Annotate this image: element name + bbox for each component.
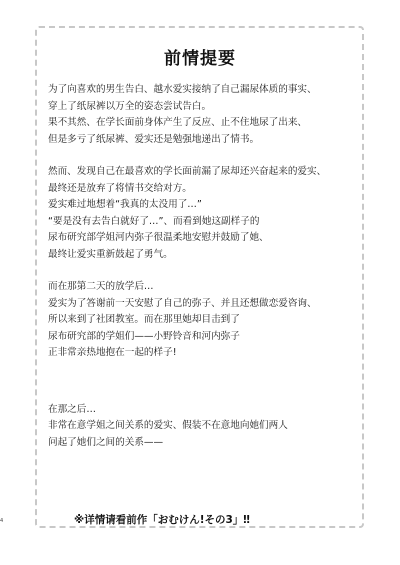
text-line: 正非常亲热地抱在一起的样子!: [48, 345, 368, 362]
paragraph-4: 在那之后… 非常在意学姐之间关系的爱实、假装不在意地向她们两人 问起了她们之间的…: [48, 402, 368, 452]
text-line: 穿上了纸尿裤以万全的姿态尝试告白。: [48, 99, 368, 116]
text-line: 最终让爱实重新鼓起了勇气。: [48, 247, 368, 264]
story-summary: 为了向喜欢的男生告白、越水爱实接纳了自己漏尿体质的事实、 穿上了纸尿裤以万全的姿…: [48, 82, 368, 451]
text-line: 然而、发现自己在最喜欢的学长面前漏了尿却还兴奋起来的爱实、: [48, 164, 368, 181]
text-line: 爱实为了答谢前一天安慰了自己的弥子、并且还想做恋爱咨询、: [48, 296, 368, 313]
text-line: 爱实难过地想着“我真的太没用了…”: [48, 197, 368, 214]
text-line: 非常在意学姐之间关系的爱实、假装不在意地向她们两人: [48, 418, 368, 435]
text-line: 尿布研究部的学姐们——小野铃音和河内弥子: [48, 329, 368, 346]
text-line: “要是没有去告白就好了…”、而看到她这副样子的: [48, 214, 368, 231]
page-number: 4: [0, 518, 3, 524]
text-line: 最终还是放弃了将情书交给对方。: [48, 181, 368, 198]
text-line: 问起了她们之间的关系——: [48, 435, 368, 452]
page-title: 前情提要: [0, 44, 400, 69]
text-line: 在那之后…: [48, 402, 368, 419]
text-line: 而在那第二天的放学后…: [48, 279, 368, 296]
text-line: 为了向喜欢的男生告白、越水爱实接纳了自己漏尿体质的事实、: [48, 82, 368, 99]
text-line: 尿布研究部学姐河内弥子很温柔地安慰并鼓励了她、: [48, 230, 368, 247]
paragraph-1: 为了向喜欢的男生告白、越水爱实接纳了自己漏尿体质的事实、 穿上了纸尿裤以万全的姿…: [48, 82, 368, 148]
paragraph-2: 然而、发现自己在最喜欢的学长面前漏了尿却还兴奋起来的爱实、 最终还是放弃了将情书…: [48, 164, 368, 263]
text-line: 果不其然、在学长面前身体产生了反应、止不住地尿了出来、: [48, 115, 368, 132]
previous-work-note: ※详情请看前作「おむけん!その3」‼: [74, 512, 250, 527]
text-line: 但是多亏了纸尿裤、爱实还是勉强地递出了情书。: [48, 132, 368, 149]
paragraph-3: 而在那第二天的放学后… 爱实为了答谢前一天安慰了自己的弥子、并且还想做恋爱咨询、…: [48, 279, 368, 362]
text-line: 所以来到了社团教室。而在那里她却目击到了: [48, 312, 368, 329]
